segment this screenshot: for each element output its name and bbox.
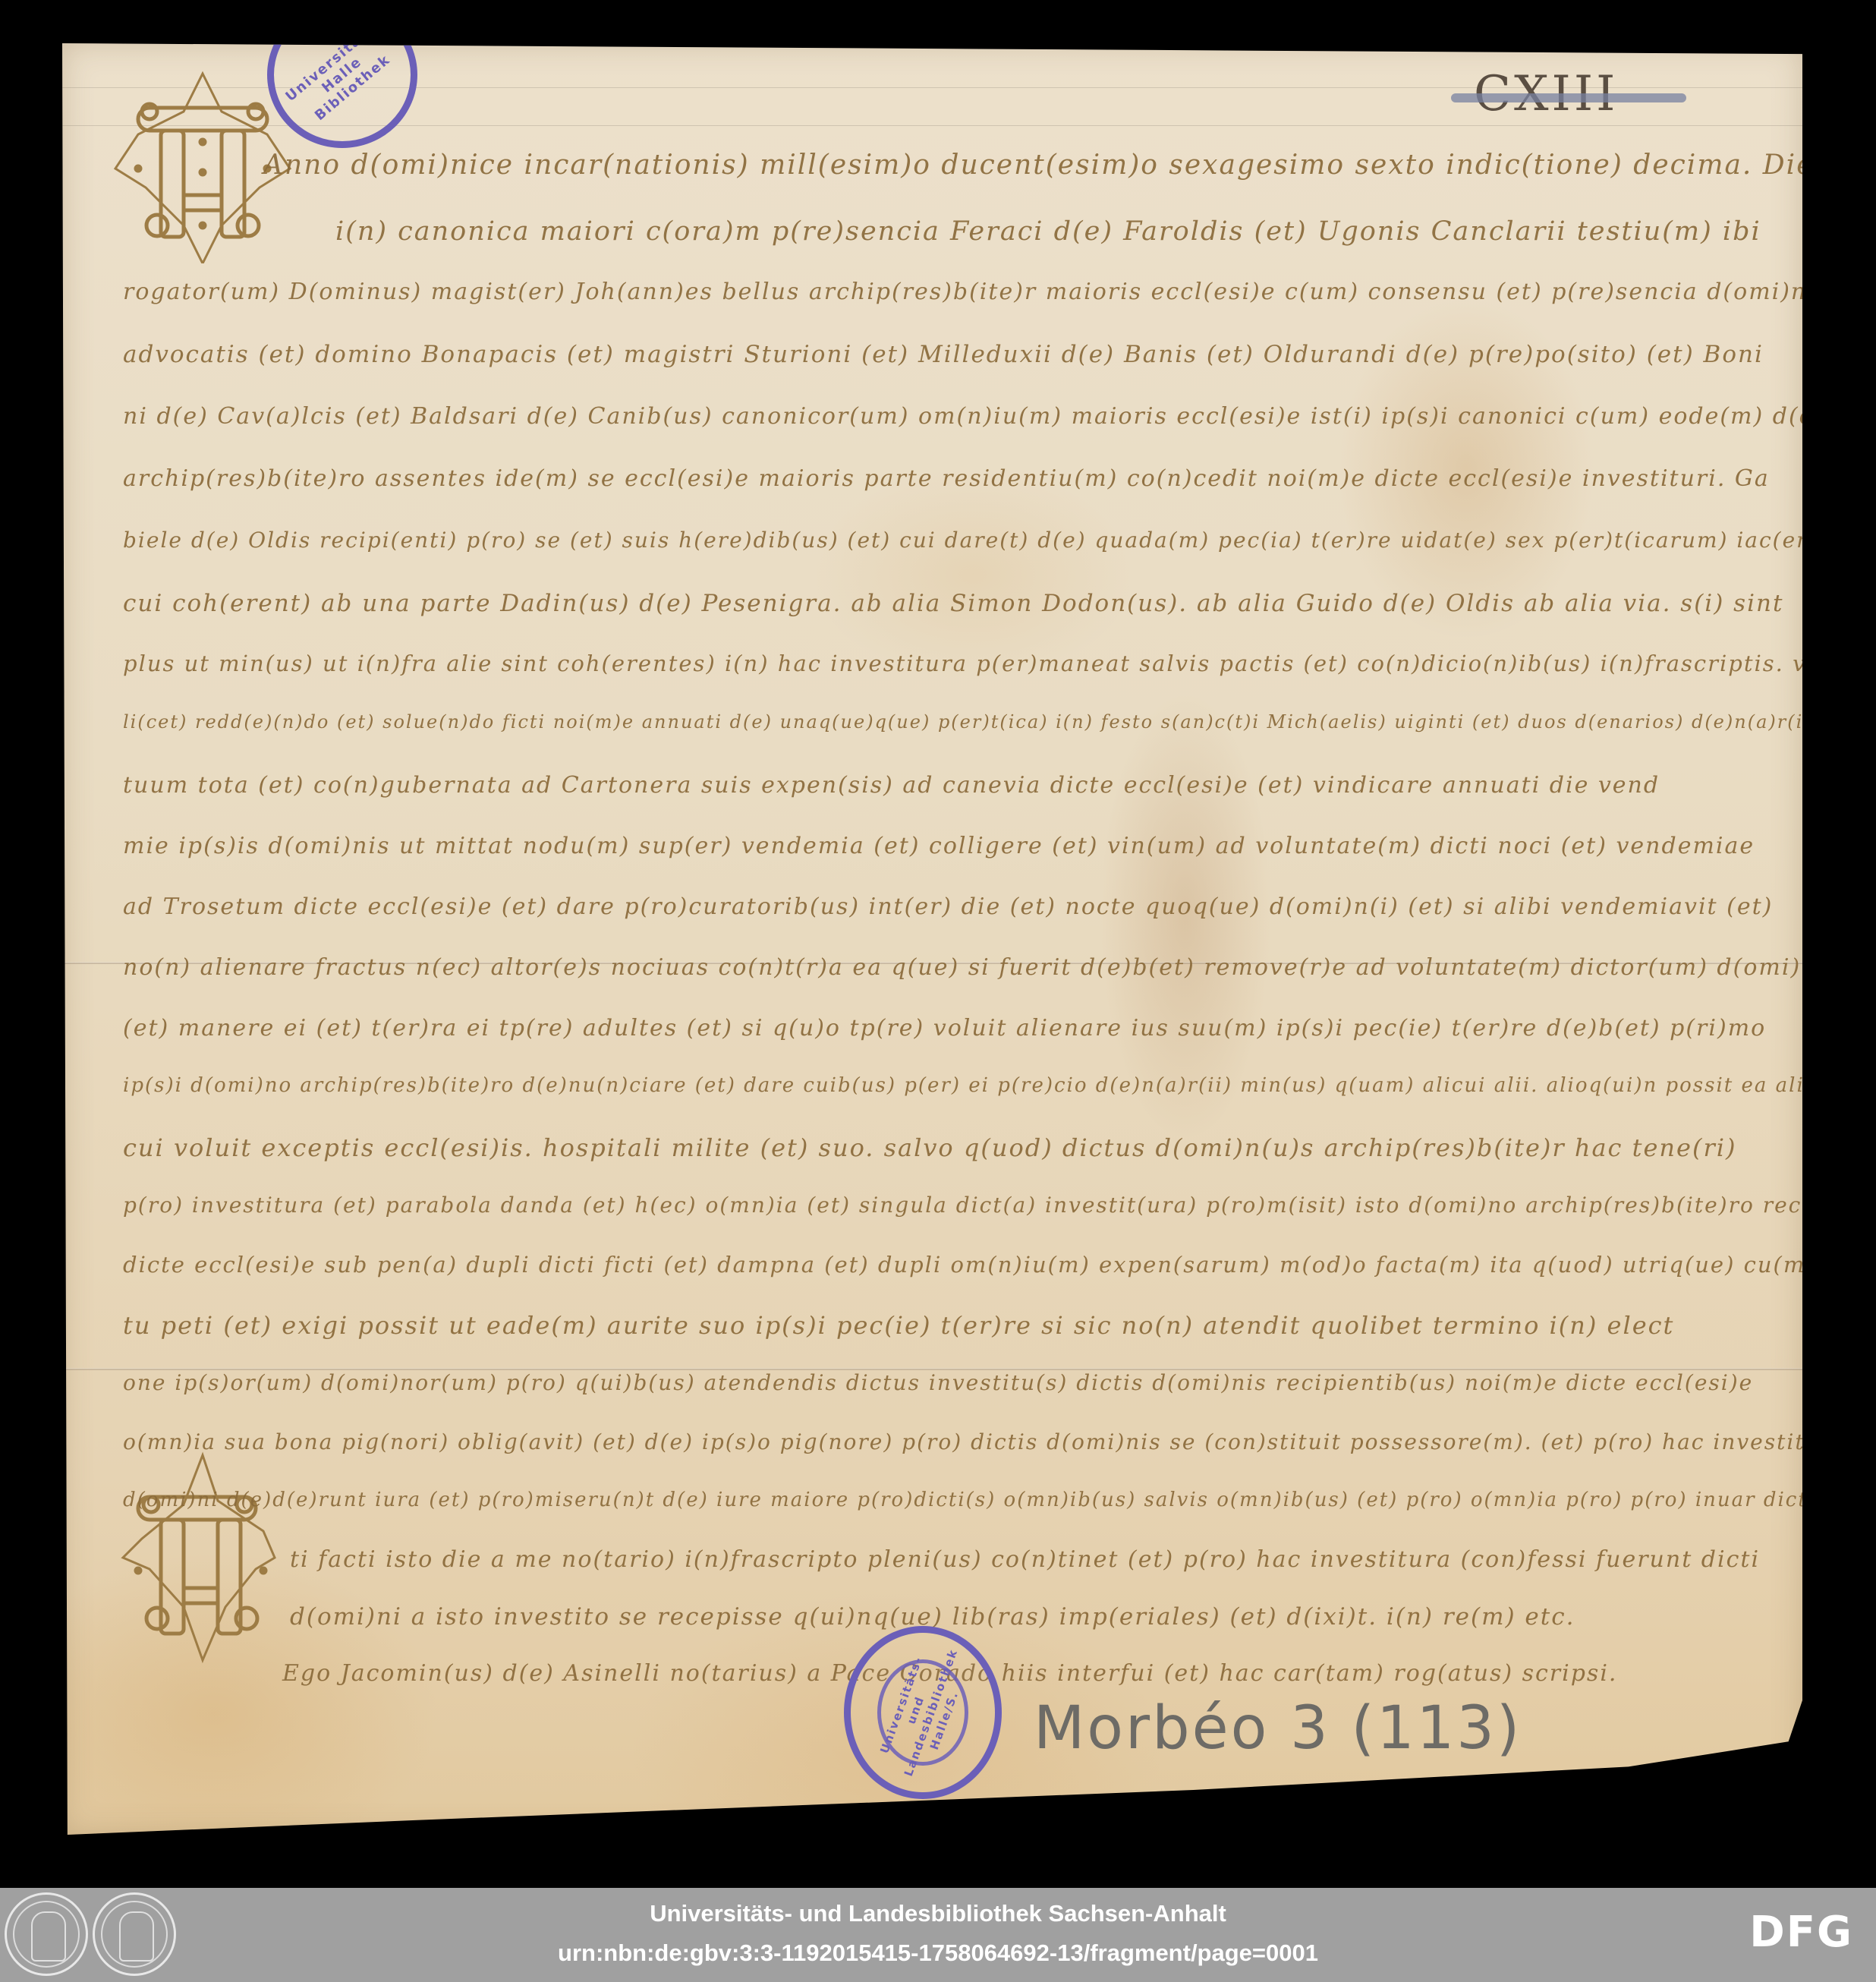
- text-line: li(cet) redd(e)(n)do (et) solue(n)do fic…: [123, 711, 1876, 733]
- text-line: ni d(e) Cav(a)lcis (et) Baldsari d(e) Ca…: [123, 403, 1876, 430]
- text-line: tu peti (et) exigi possit ut eade(m) aur…: [123, 1311, 1674, 1340]
- text-line: no(n) alienare fractus n(ec) altor(e)s n…: [123, 954, 1876, 981]
- text-line: one ip(s)or(um) d(omi)nor(um) p(ro) q(ui…: [123, 1370, 1753, 1395]
- text-line: ti facti isto die a me no(tario) i(n)fra…: [290, 1546, 1760, 1573]
- text-line: rogator(um) D(ominus) magist(er) Joh(ann…: [123, 279, 1876, 305]
- text-line: ip(s)i d(omi)no archip(res)b(ite)ro d(e)…: [123, 1074, 1869, 1097]
- text-line: Anno d(omi)nice incar(nationis) mill(esi…: [263, 150, 1876, 181]
- text-line: i(n) canonica maiori c(ora)m p(re)sencia…: [335, 216, 1761, 247]
- text-line: cui voluit exceptis eccl(esi)is. hospita…: [123, 1133, 1736, 1162]
- text-line: tuum tota (et) co(n)gubernata ad Cartone…: [123, 772, 1660, 799]
- pencil-shelf-note: Morbéo 3 (113): [1034, 1694, 1522, 1763]
- text-line: advocatis (et) domino Bonapacis (et) mag…: [123, 341, 1764, 368]
- text-line: ad Trosetum dicte eccl(esi)e (et) dare p…: [123, 893, 1773, 920]
- text-line: plus ut min(us) ut i(n)fra alie sint coh…: [123, 651, 1865, 676]
- text-line: cui coh(erent) ab una parte Dadin(us) d(…: [123, 590, 1783, 617]
- scan-viewport: Universitäts- Halle Bibliothek CXIII Ann…: [0, 0, 1876, 1888]
- text-line: archip(res)b(ite)ro assentes ide(m) se e…: [123, 465, 1770, 492]
- library-stamp-top: Universitäts- Halle Bibliothek: [267, 2, 417, 148]
- dfg-logo: DFG: [1749, 1908, 1853, 1957]
- text-line: o(mn)ia sua bona pig(nori) oblig(avit) (…: [123, 1429, 1876, 1454]
- library-stamp-bottom: Universitäts- und Landesbibliothek Halle…: [844, 1626, 1002, 1799]
- notarial-monogram-bottom-icon: [112, 1448, 286, 1668]
- shelfmark-roman-numeral: CXIII: [1474, 66, 1618, 122]
- pencil-strikethrough: [1451, 93, 1686, 102]
- library-name: Universitäts- und Landesbibliothek Sachs…: [0, 1900, 1876, 1927]
- urn-identifier[interactable]: urn:nbn:de:gbv:3:3-1192015415-1758064692…: [0, 1939, 1876, 1967]
- text-line: biele d(e) Oldis recipi(enti) p(ro) se (…: [123, 528, 1876, 553]
- text-line: (et) manere ei (et) t(er)ra ei tp(re) ad…: [123, 1015, 1766, 1041]
- text-line: dicte eccl(esi)e sub pen(a) dupli dicti …: [123, 1252, 1876, 1278]
- viewer-footer: Universitäts- und Landesbibliothek Sachs…: [0, 1888, 1876, 1982]
- parchment-charter: Universitäts- Halle Bibliothek CXIII Ann…: [62, 43, 1802, 1835]
- text-line: mie ip(s)is d(omi)nis ut mittat nodu(m) …: [123, 833, 1755, 859]
- text-line: d(omi)ni d(e)d(e)runt iura (et) p(ro)mis…: [123, 1489, 1876, 1511]
- text-line: p(ro) investitura (et) parabola danda (e…: [123, 1193, 1876, 1218]
